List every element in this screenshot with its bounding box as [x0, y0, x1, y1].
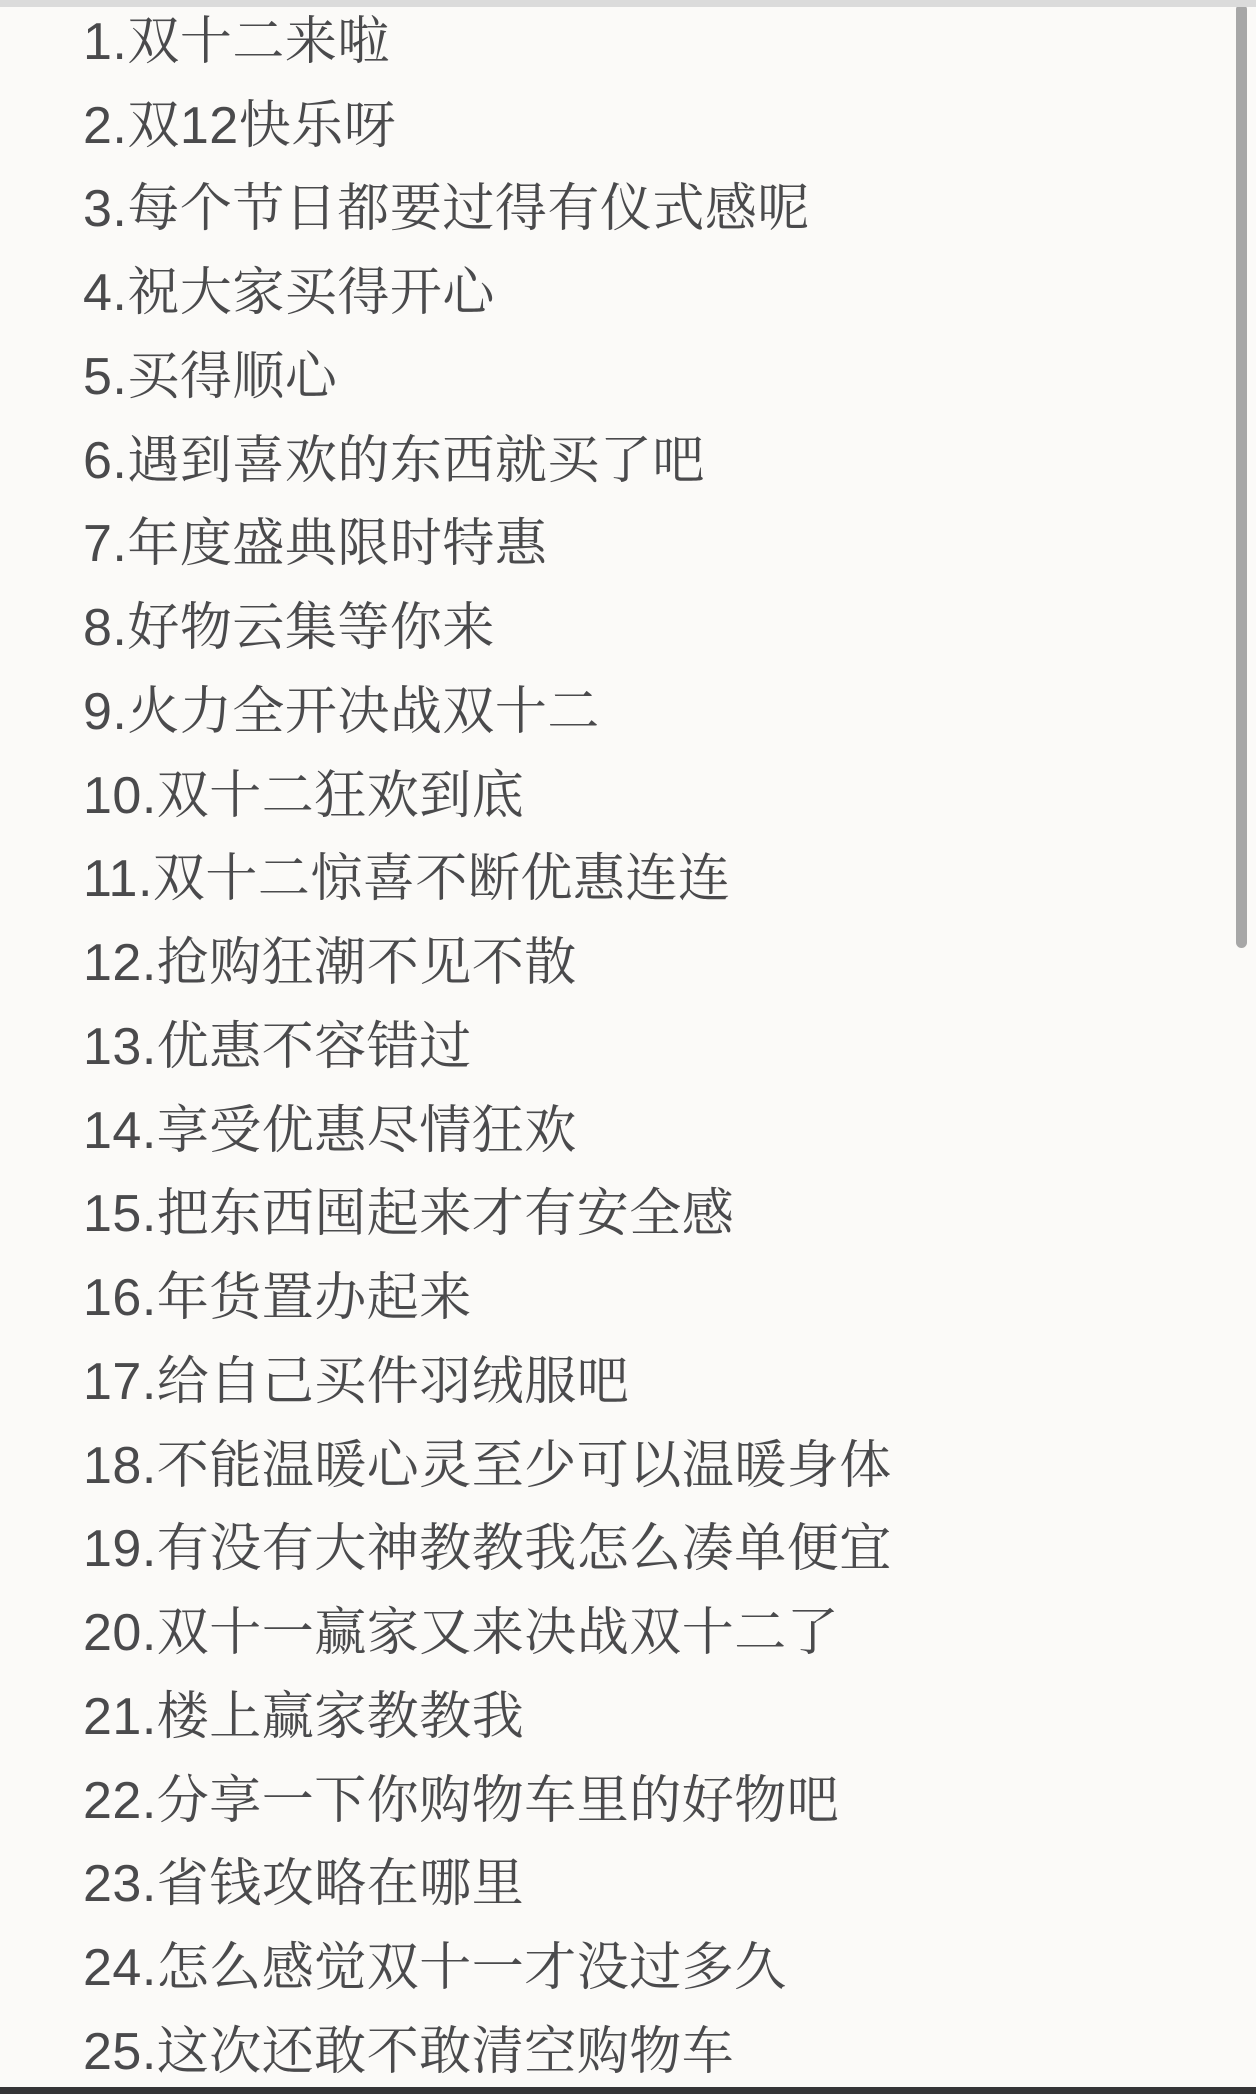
copywriting-list: 1.双十二来啦2.双12快乐呀3.每个节日都要过得有仪式感呢4.祝大家买得开心5… — [0, 0, 1256, 2094]
list-item: 19.有没有大神教教我怎么凑单便宜 — [83, 1508, 1256, 1592]
list-item: 9.火力全开决战双十二 — [83, 670, 1256, 754]
scrollbar-thumb[interactable] — [1236, 4, 1247, 948]
list-item: 15.把东西囤起来才有安全感 — [83, 1173, 1256, 1257]
list-item: 23.省钱攻略在哪里 — [83, 1843, 1256, 1927]
list-item: 12.抢购狂潮不见不散 — [83, 921, 1256, 1005]
bottom-edge-bar — [0, 2087, 1256, 2094]
list-item: 2.双12快乐呀 — [83, 84, 1256, 168]
list-item: 16.年货置办起来 — [83, 1256, 1256, 1340]
list-item: 6.遇到喜欢的东西就买了吧 — [83, 419, 1256, 503]
list-item: 4.祝大家买得开心 — [83, 251, 1256, 335]
list-item: 24.怎么感觉双十一才没过多久 — [83, 1926, 1256, 2010]
list-item: 1.双十二来啦 — [83, 0, 1256, 84]
list-item: 17.给自己买件羽绒服吧 — [83, 1340, 1256, 1424]
list-item: 25.这次还敢不敢清空购物车 — [83, 2010, 1256, 2094]
list-item: 3.每个节日都要过得有仪式感呢 — [83, 168, 1256, 252]
list-item: 20.双十一赢家又来决战双十二了 — [83, 1591, 1256, 1675]
list-item: 14.享受优惠尽情狂欢 — [83, 1089, 1256, 1173]
list-item: 22.分享一下你购物车里的好物吧 — [83, 1759, 1256, 1843]
list-item: 21.楼上赢家教教我 — [83, 1675, 1256, 1759]
list-item: 13.优惠不容错过 — [83, 1005, 1256, 1089]
list-item: 8.好物云集等你来 — [83, 586, 1256, 670]
list-item: 11.双十二惊喜不断优惠连连 — [83, 838, 1256, 922]
list-item: 5.买得顺心 — [83, 335, 1256, 419]
list-item: 7.年度盛典限时特惠 — [83, 503, 1256, 587]
list-item: 10.双十二狂欢到底 — [83, 754, 1256, 838]
document-screenshot: 1.双十二来啦2.双12快乐呀3.每个节日都要过得有仪式感呢4.祝大家买得开心5… — [0, 0, 1256, 2094]
list-item: 18.不能温暖心灵至少可以温暖身体 — [83, 1424, 1256, 1508]
top-edge-strip — [0, 0, 1256, 7]
